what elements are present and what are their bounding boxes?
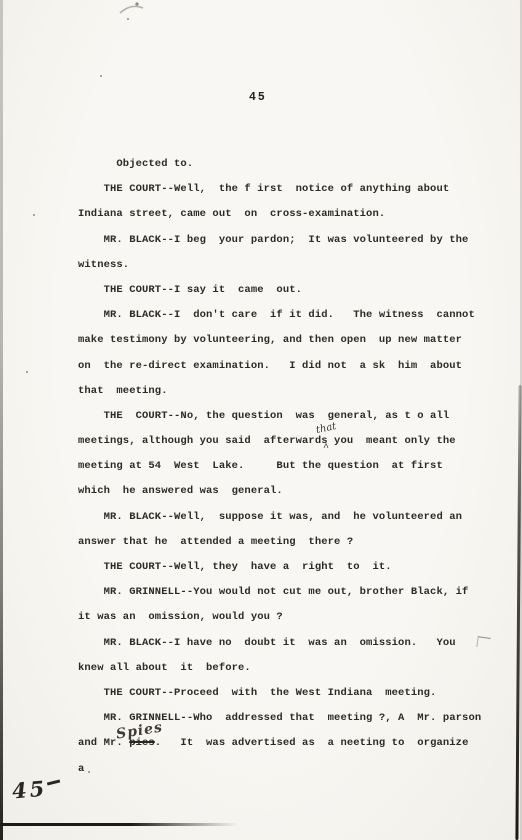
- transcript-line: THE COURT--Proceed with the West Indiana…: [78, 681, 520, 706]
- pen-scuff-mark: [116, 0, 150, 20]
- transcript-line: meeting at 54 West Lake. But the questio…: [78, 454, 520, 479]
- transcript-line: MR. GRINNELL--You would not cut me out, …: [78, 580, 520, 605]
- ink-speck: [127, 18, 129, 20]
- transcript-line: on the re-direct examination. I did not …: [78, 354, 520, 379]
- bottom-scan-line: [0, 823, 238, 826]
- insertion-caret-icon: ^: [323, 443, 329, 454]
- transcript-line: Objected to.: [78, 152, 520, 177]
- ink-speck: [100, 75, 102, 77]
- transcript-line: knew all about it before.: [78, 656, 520, 681]
- transcript-line: that meeting.: [78, 379, 520, 404]
- transcript-line: THE COURT--Well, they have a right to it…: [78, 555, 520, 580]
- scanned-transcript-page: 45 Objected to. THE COURT--Well, the f i…: [0, 0, 522, 840]
- transcript-line: MR. BLACK--I beg your pardon; It was vol…: [78, 228, 520, 253]
- handwritten-dash-mark: [47, 779, 60, 785]
- transcript-line: answer that he attended a meeting there …: [78, 530, 520, 555]
- ink-speck: [33, 214, 35, 216]
- transcript-line: it was an omission, would you ?: [78, 605, 520, 630]
- transcript-line: THE COURT--I say it came out.: [78, 278, 520, 303]
- correction-line-post: . It was advertised as a neeting to orga…: [155, 737, 469, 749]
- transcript-line: a: [78, 757, 520, 782]
- ink-speck: [26, 371, 28, 373]
- transcript-line: make testimony by volunteering, and then…: [78, 328, 520, 353]
- transcript-line: witness.: [78, 253, 520, 278]
- transcript-line: THE COURT--Well, the f irst notice of an…: [78, 177, 520, 202]
- handwritten-page-number: 45: [11, 776, 48, 804]
- transcript-line: MR. BLACK--I have no doubt it was an omi…: [78, 631, 520, 656]
- transcript-line: Indiana street, came out on cross-examin…: [78, 202, 520, 227]
- typed-page-number: 45: [249, 91, 267, 104]
- transcript-line: THE COURT--No, the question was general,…: [78, 404, 520, 429]
- transcript-line: which he answered was general.: [78, 479, 520, 504]
- page-left-edge-shadow: [0, 0, 3, 840]
- transcript-text-block: Objected to. THE COURT--Well, the f irst…: [78, 152, 520, 782]
- transcript-line-with-insertion: meetings, although you said afterwards y…: [78, 429, 520, 454]
- transcript-line: MR. BLACK--Well, suppose it was, and he …: [78, 505, 520, 530]
- transcript-line: MR. BLACK--I don't care if it did. The w…: [78, 303, 520, 328]
